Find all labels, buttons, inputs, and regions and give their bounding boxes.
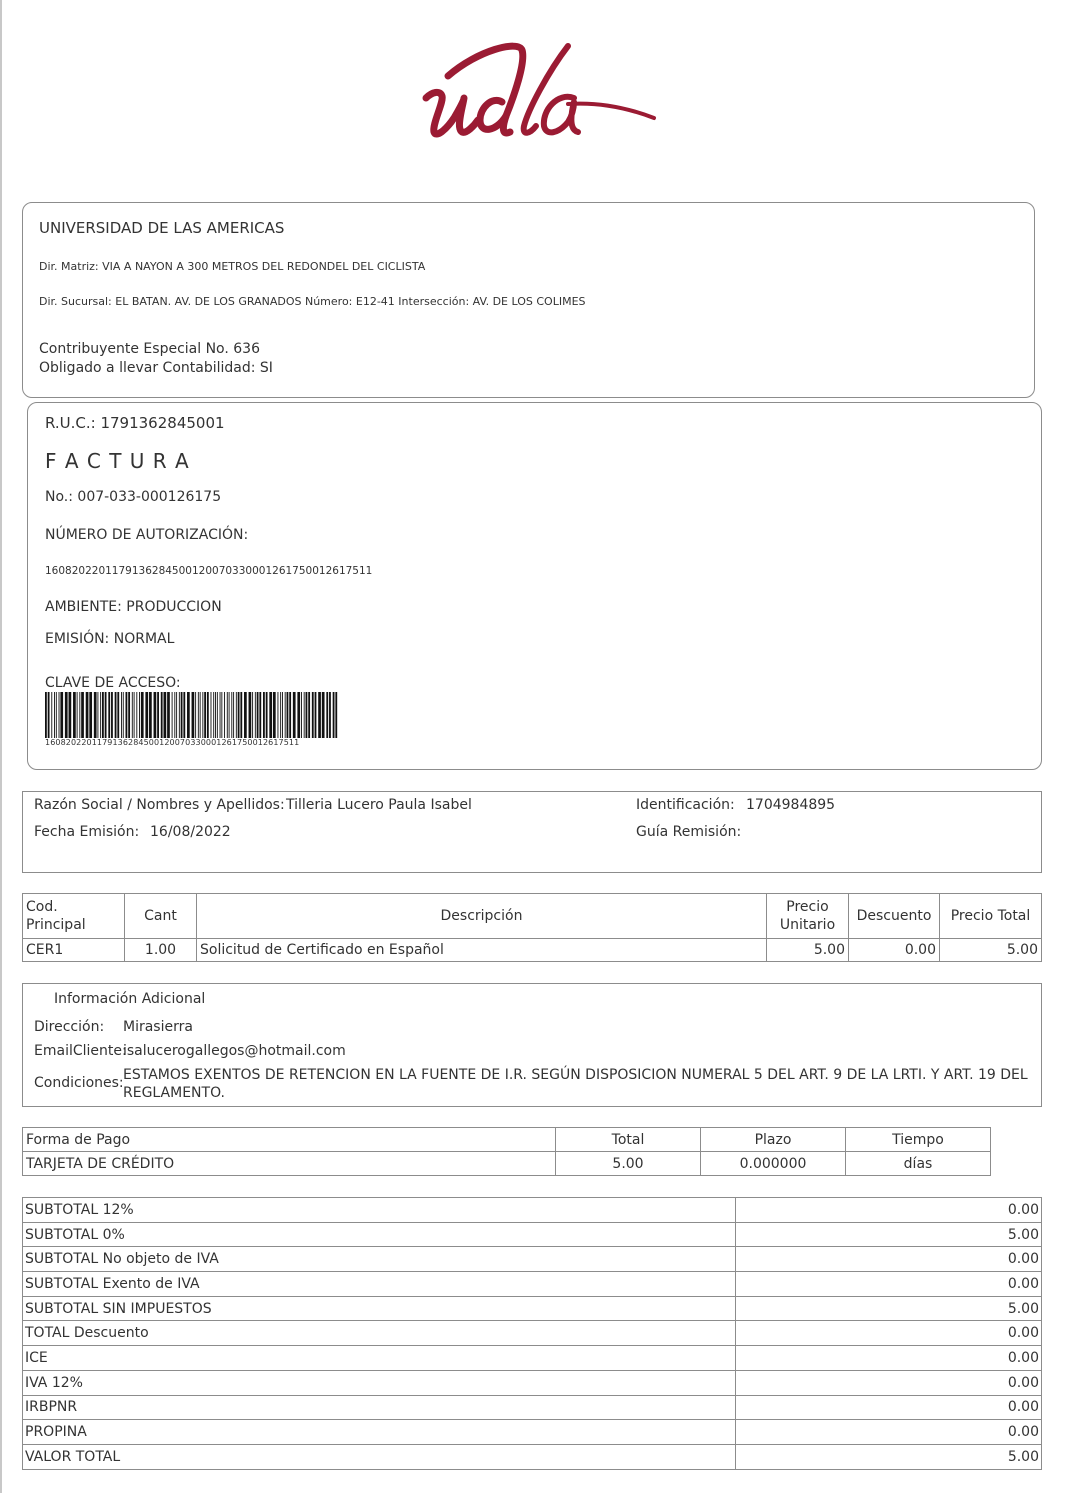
emisor-contribuyente: Contribuyente Especial No. 636	[39, 341, 260, 357]
document-title: F A C T U R A	[45, 449, 190, 473]
table-row: SUBTOTAL Exento de IVA0.00	[23, 1272, 1042, 1297]
total-label: VALOR TOTAL	[23, 1444, 736, 1469]
direccion-value: Mirasierra	[123, 1019, 193, 1035]
ruc: R.U.C.: 1791362845001	[45, 414, 225, 432]
barcode-number: 1608202201179136284500120070330001261750…	[45, 738, 299, 747]
item-precio-total: 5.00	[940, 939, 1042, 962]
items-table: Cod. Principal Cant Descripción Precio U…	[22, 893, 1042, 962]
table-row: TOTAL Descuento0.00	[23, 1321, 1042, 1346]
cliente-box: Razón Social / Nombres y Apellidos: Till…	[22, 791, 1042, 873]
email-label: EmailCliente:	[34, 1043, 127, 1059]
factura-box: R.U.C.: 1791362845001 F A C T U R A No.:…	[27, 402, 1042, 770]
totales-table: SUBTOTAL 12%0.00SUBTOTAL 0%5.00SUBTOTAL …	[22, 1197, 1042, 1470]
table-row: ICE0.00	[23, 1346, 1042, 1371]
total-label: PROPINA	[23, 1420, 736, 1445]
condiciones-label: Condiciones:	[34, 1075, 124, 1091]
info-adicional-title: Información Adicional	[54, 991, 205, 1007]
pago-col-tiempo: Tiempo	[846, 1128, 991, 1152]
col-cant: Cant	[125, 894, 197, 939]
emisor-dir-matriz: Dir. Matriz: VIA A NAYON A 300 METROS DE…	[39, 260, 425, 273]
condiciones-value: ESTAMOS EXENTOS DE RETENCION EN LA FUENT…	[123, 1066, 1035, 1102]
total-value: 0.00	[736, 1321, 1042, 1346]
item-precio-unitario: 5.00	[767, 939, 849, 962]
table-row: VALOR TOTAL5.00	[23, 1444, 1042, 1469]
pago-header-row: Forma de Pago Total Plazo Tiempo	[23, 1128, 991, 1152]
razon-social-value: Tilleria Lucero Paula Isabel	[286, 797, 472, 813]
total-value: 0.00	[736, 1198, 1042, 1223]
forma-pago-table: Forma de Pago Total Plazo Tiempo TARJETA…	[22, 1127, 991, 1176]
pago-plazo: 0.000000	[701, 1152, 846, 1176]
total-label: IRBPNR	[23, 1395, 736, 1420]
total-value: 0.00	[736, 1370, 1042, 1395]
total-label: SUBTOTAL 12%	[23, 1198, 736, 1223]
item-descuento: 0.00	[849, 939, 940, 962]
table-row: SUBTOTAL No objeto de IVA0.00	[23, 1247, 1042, 1272]
total-value: 5.00	[736, 1296, 1042, 1321]
total-value: 0.00	[736, 1346, 1042, 1371]
total-value: 5.00	[736, 1222, 1042, 1247]
ambiente: AMBIENTE: PRODUCCION	[45, 599, 222, 615]
items-header-row: Cod. Principal Cant Descripción Precio U…	[23, 894, 1042, 939]
identificacion-label: Identificación:	[636, 797, 735, 813]
pago-forma: TARJETA DE CRÉDITO	[23, 1152, 556, 1176]
col-cod-principal: Cod. Principal	[23, 894, 125, 939]
emision: EMISIÓN: NORMAL	[45, 631, 174, 647]
total-label: SUBTOTAL No objeto de IVA	[23, 1247, 736, 1272]
total-value: 0.00	[736, 1247, 1042, 1272]
col-descuento: Descuento	[849, 894, 940, 939]
autorizacion-numero: 1608202201179136284500120070330001261750…	[45, 565, 372, 577]
total-label: ICE	[23, 1346, 736, 1371]
item-cod: CER1	[23, 939, 125, 962]
table-row: CER1 1.00 Solicitud de Certificado en Es…	[23, 939, 1042, 962]
pago-total: 5.00	[556, 1152, 701, 1176]
col-precio-total: Precio Total	[940, 894, 1042, 939]
table-row: TARJETA DE CRÉDITO 5.00 0.000000 días	[23, 1152, 991, 1176]
razon-social-label: Razón Social / Nombres y Apellidos:	[34, 797, 285, 813]
direccion-label: Dirección:	[34, 1019, 104, 1035]
col-precio-unitario: Precio Unitario	[767, 894, 849, 939]
col-descripcion: Descripción	[197, 894, 767, 939]
barcode	[45, 692, 339, 738]
total-value: 5.00	[736, 1444, 1042, 1469]
total-value: 0.00	[736, 1395, 1042, 1420]
emisor-razon-social: UNIVERSIDAD DE LAS AMERICAS	[39, 219, 284, 237]
total-label: SUBTOTAL 0%	[23, 1222, 736, 1247]
factura-numero: No.: 007-033-000126175	[45, 489, 221, 505]
pago-col-forma: Forma de Pago	[23, 1128, 556, 1152]
page-edge	[0, 0, 2, 1493]
pago-tiempo: días	[846, 1152, 991, 1176]
guia-remision-label: Guía Remisión:	[636, 824, 741, 840]
total-value: 0.00	[736, 1420, 1042, 1445]
identificacion-value: 1704984895	[746, 797, 835, 813]
total-label: IVA 12%	[23, 1370, 736, 1395]
table-row: SUBTOTAL SIN IMPUESTOS5.00	[23, 1296, 1042, 1321]
fecha-emision-value: 16/08/2022	[150, 824, 231, 840]
table-row: IVA 12%0.00	[23, 1370, 1042, 1395]
email-value: isalucerogallegos@hotmail.com	[123, 1043, 346, 1059]
table-row: SUBTOTAL 12%0.00	[23, 1198, 1042, 1223]
info-adicional-box: Información Adicional Dirección: Mirasie…	[22, 983, 1042, 1107]
table-row: SUBTOTAL 0%5.00	[23, 1222, 1042, 1247]
total-label: SUBTOTAL Exento de IVA	[23, 1272, 736, 1297]
table-row: PROPINA0.00	[23, 1420, 1042, 1445]
item-cant: 1.00	[125, 939, 197, 962]
clave-acceso-label: CLAVE DE ACCESO:	[45, 675, 181, 691]
fecha-emision-label: Fecha Emisión:	[34, 824, 139, 840]
udla-logo	[418, 36, 658, 144]
total-value: 0.00	[736, 1272, 1042, 1297]
emisor-box: UNIVERSIDAD DE LAS AMERICAS Dir. Matriz:…	[22, 202, 1035, 398]
total-label: SUBTOTAL SIN IMPUESTOS	[23, 1296, 736, 1321]
pago-col-plazo: Plazo	[701, 1128, 846, 1152]
pago-col-total: Total	[556, 1128, 701, 1152]
emisor-obligado: Obligado a llevar Contabilidad: SI	[39, 360, 273, 376]
emisor-dir-sucursal: Dir. Sucursal: EL BATAN. AV. DE LOS GRAN…	[39, 295, 586, 308]
table-row: IRBPNR0.00	[23, 1395, 1042, 1420]
autorizacion-label: NÚMERO DE AUTORIZACIÓN:	[45, 527, 248, 543]
item-descripcion: Solicitud de Certificado en Español	[197, 939, 767, 962]
total-label: TOTAL Descuento	[23, 1321, 736, 1346]
